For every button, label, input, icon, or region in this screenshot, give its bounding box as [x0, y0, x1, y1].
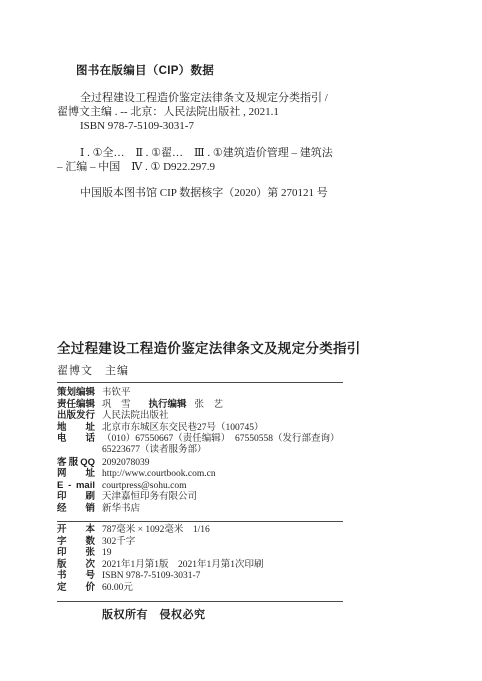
row-phone: 电话 （010）67550667（责任编辑） 67550558（发行部查询） [57, 433, 457, 445]
row-label: 开本 [57, 524, 95, 536]
row-address: 地址 北京市东城区东交民巷27号（100745） [57, 422, 457, 434]
row-label: 责任编辑 [57, 399, 95, 411]
row-value: 65223677（读者服务部） [102, 445, 207, 457]
row-value: ISBN 978-7-5109-3031-7 [102, 571, 200, 583]
row-label: 字数 [57, 536, 95, 548]
row-value: 天津嘉恒印务有限公司 [102, 492, 197, 504]
row-distributor: 经销 新华书店 [57, 503, 457, 515]
row-label: 出版发行 [57, 410, 95, 422]
cip-record-line: 中国版本图书馆 CIP 数据核字（2020）第 270121 号 [57, 186, 437, 200]
row-label: 版次 [57, 559, 95, 571]
row-value: 巩 雪 [102, 400, 131, 412]
row-value: 2021年1月第1版 2021年1月第1次印刷 [102, 560, 264, 572]
row-value: 2092078039 [102, 458, 150, 470]
row-price: 定价 60.00元 [57, 582, 457, 594]
divider-bottom [57, 601, 343, 602]
row-word-count: 字数 302千字 [57, 536, 457, 548]
copyright-notice: 版权所有 侵权必究 [102, 606, 206, 622]
row-value: 302千字 [102, 537, 135, 549]
row-label: E - mail [57, 480, 95, 492]
row-label: 印张 [57, 547, 95, 559]
cip-classification-line-1: Ⅰ . ①全… Ⅱ . ①翟… Ⅲ . ①建筑造价管理 – 建筑法 [57, 146, 437, 160]
row-planning-editor: 策划编辑 韦钦平 [57, 387, 457, 399]
row-label: 网址 [57, 468, 95, 480]
row-label: 地址 [57, 422, 95, 434]
row-printer: 印刷 天津嘉恒印务有限公司 [57, 491, 457, 503]
cip-title-line: 全过程建设工程造价鉴定法律条文及规定分类指引 / [57, 91, 437, 105]
row-responsible-editor: 责任编辑 巩 雪 执行编辑 张 艺 [57, 399, 457, 411]
row-value: 北京市东城区东交民巷27号（100745） [102, 423, 264, 435]
row-value: 人民法院出版社 [102, 411, 169, 423]
row-edition: 版次 2021年1月第1版 2021年1月第1次印刷 [57, 559, 457, 571]
row-value: 韦钦平 [102, 388, 131, 400]
row-website: 网址 http://www.courtbook.com.cn [57, 468, 457, 480]
row-publisher: 出版发行 人民法院出版社 [57, 410, 457, 422]
divider-middle [57, 521, 343, 522]
publisher-info-list: 策划编辑 韦钦平 责任编辑 巩 雪 执行编辑 张 艺 出版发行 人民法院出版社 … [57, 387, 457, 515]
row-label: 电话 [57, 433, 95, 445]
row-label: 经销 [57, 503, 95, 515]
title-block: 全过程建设工程造价鉴定法律条文及规定分类指引 翟博文 主编 [57, 340, 437, 378]
cip-isbn-line: ISBN 978-7-5109-3031-7 [57, 119, 437, 133]
row-secondary-value: 张 艺 [195, 400, 224, 412]
divider-top [57, 382, 343, 383]
cip-publisher-line: 翟博文主编 . -- 北京：人民法院出版社 , 2021.1 [57, 105, 437, 119]
row-isbn: 书号 ISBN 978-7-5109-3031-7 [57, 570, 457, 582]
book-title: 全过程建设工程造价鉴定法律条文及规定分类指引 [57, 340, 437, 357]
row-label: 定价 [57, 582, 95, 594]
cip-heading: 图书在版编目（CIP）数据 [76, 64, 437, 78]
row-label: 策划编辑 [57, 387, 95, 399]
row-phone-continued: 65223677（读者服务部） [57, 445, 457, 457]
row-value: courtpress@sohu.com [102, 481, 186, 493]
book-author: 翟博文 主编 [57, 364, 437, 378]
row-label: 印刷 [57, 491, 95, 503]
row-value: 19 [102, 548, 112, 560]
row-service-qq: 客服QQ 2092078039 [57, 457, 457, 469]
row-label: 书号 [57, 570, 95, 582]
row-format: 开本 787毫米 × 1092毫米 1/16 [57, 524, 457, 536]
row-value: 787毫米 × 1092毫米 1/16 [102, 525, 210, 537]
cip-block: 图书在版编目（CIP）数据 全过程建设工程造价鉴定法律条文及规定分类指引 / 翟… [57, 64, 437, 200]
row-value: 新华书店 [102, 504, 140, 516]
row-secondary-label: 执行编辑 [149, 399, 187, 411]
book-copyright-page: 图书在版编目（CIP）数据 全过程建设工程造价鉴定法律条文及规定分类指引 / 翟… [0, 0, 482, 681]
cip-classification-line-2: – 汇编 – 中国 Ⅳ . ① D922.297.9 [57, 160, 437, 174]
row-value: 60.00元 [102, 583, 133, 595]
row-label: 客服QQ [57, 457, 95, 469]
print-spec-list: 开本 787毫米 × 1092毫米 1/16 字数 302千字 印张 19 版次… [57, 524, 457, 594]
row-sheets: 印张 19 [57, 547, 457, 559]
row-value: http://www.courtbook.com.cn [102, 469, 216, 481]
row-email: E - mail courtpress@sohu.com [57, 480, 457, 492]
